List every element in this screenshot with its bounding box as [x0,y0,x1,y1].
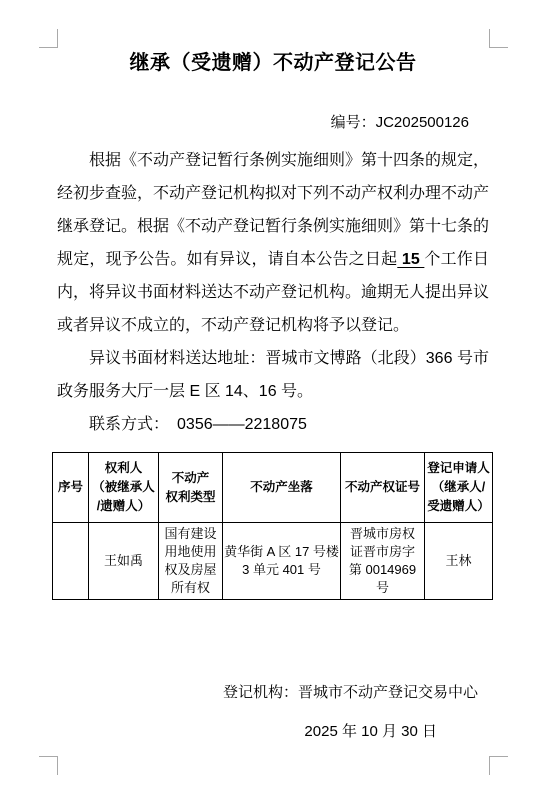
margin-corner-mark-top-left [39,29,58,48]
paragraph-contact: 联系方式：0356——2218075 [57,408,489,441]
paragraph-main: 根据《不动产登记暂行条例实施细则》第十四条的规定，经初步查验，不动产登记机构拟对… [57,144,489,342]
col-header-serial-no: 序号 [53,453,89,523]
margin-corner-mark-bottom-right [489,756,508,775]
cell-serial-no [53,523,89,600]
col-header-certificate-no: 不动产权证号 [341,453,425,523]
cell-right-type: 国有建设 用地使用 权及房屋 所有权 [159,523,223,600]
cell-certificate-no: 晋城市房权 证晋市房字 第 0014969 号 [341,523,425,600]
cell-right-holder: 王如禹 [89,523,159,600]
contact-number: 0356——2218075 [177,416,307,433]
serial-number: JC202500126 [376,114,469,131]
property-registration-table: 序号 权利人 （被继承人 /遗赠人） 不动产 权利类型 不动产坐落 不动产权证号… [52,452,493,600]
cell-applicant: 王林 [425,523,493,600]
page-title: 继承（受遗赠）不动产登记公告 [57,50,489,76]
margin-corner-mark-top-right [489,29,508,48]
footer-org-label: 登记机构： [223,684,298,701]
table-header-row: 序号 权利人 （被继承人 /遗赠人） 不动产 权利类型 不动产坐落 不动产权证号… [53,453,493,523]
footer-date: 2025 年 10 月 30 日 [57,721,489,743]
objection-days-value: 15 [397,251,424,268]
paragraph-address: 异议书面材料送达地址：晋城市文博路（北段）366 号市政务服务大厅一层 E 区 … [57,342,489,408]
notice-document: 继承（受遗赠）不动产登记公告 编号：JC202500126 根据《不动产登记暂行… [0,0,560,800]
footer-registration-org: 登记机构：晋城市不动产登记交易中心 [57,682,489,704]
col-header-right-type: 不动产 权利类型 [159,453,223,523]
col-header-location: 不动产坐落 [223,453,341,523]
table-row: 王如禹 国有建设 用地使用 权及房屋 所有权 黄华街 A 区 17 号楼 3 单… [53,523,493,600]
margin-corner-mark-bottom-left [39,756,58,775]
col-header-applicant: 登记申请人 （继承人/ 受遗赠人） [425,453,493,523]
col-header-right-holder: 权利人 （被继承人 /遗赠人） [89,453,159,523]
document-content: 继承（受遗赠）不动产登记公告 编号：JC202500126 根据《不动产登记暂行… [57,0,489,743]
contact-label: 联系方式： [89,416,169,433]
cell-location: 黄华街 A 区 17 号楼 3 单元 401 号 [223,523,341,600]
serial-number-line: 编号：JC202500126 [57,112,489,133]
footer-org-name: 晋城市不动产登记交易中心 [298,684,478,701]
document-page: { "doc": { "title": "继承（受遗赠）不动产登记公告", "s… [0,0,560,800]
serial-label: 编号： [331,114,376,131]
